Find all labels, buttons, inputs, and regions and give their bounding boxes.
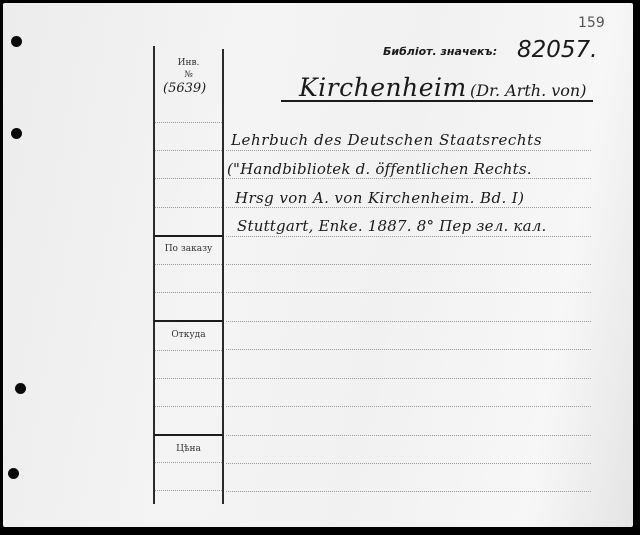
binder-hole — [8, 468, 19, 479]
author-underline — [281, 100, 593, 102]
entry-line-editor: Hrsg von A. von Kirchenheim. Bd. I) — [235, 189, 524, 207]
body-rule — [226, 264, 591, 265]
entry-line-series: ("Handbibliotek d. öffentlichen Rechts. — [227, 160, 532, 178]
sidebar-rule — [155, 378, 222, 379]
body-rule — [226, 236, 591, 237]
entry-line-title: Lehrbuch des Deutschen Staatsrechts — [231, 131, 542, 149]
library-mark-label: Библiот. значекъ: — [383, 45, 497, 58]
binder-hole — [11, 128, 22, 139]
inventory-label: Инв. — [155, 58, 222, 68]
sidebar-divider — [154, 235, 223, 237]
body-rule — [226, 178, 591, 179]
body-rule — [226, 491, 591, 492]
author-name: Kirchenheim — [299, 73, 467, 102]
entry-line-imprint: Stuttgart, Enke. 1887. 8° Пер зел. кал. — [237, 217, 546, 235]
body-rule — [226, 435, 591, 436]
sidebar-rule — [155, 292, 222, 293]
body-rule — [226, 321, 591, 322]
sidebar-rule — [155, 264, 222, 265]
sidebar-rule — [155, 150, 222, 151]
binder-hole — [15, 383, 26, 394]
sidebar-rule — [155, 178, 222, 179]
body-rule — [226, 150, 591, 151]
order-label: По заказу — [155, 244, 222, 254]
sidebar-rule — [155, 350, 222, 351]
source-label: Откуда — [155, 330, 222, 340]
sidebar-divider — [154, 320, 223, 322]
body-rule — [226, 406, 591, 407]
sidebar-divider — [154, 434, 223, 436]
author-detail: (Dr. Arth. von) — [470, 81, 586, 100]
page-number: 159 — [578, 15, 605, 31]
library-mark-value: 82057. — [517, 37, 597, 63]
price-label: Цѣна — [155, 444, 222, 454]
inventory-value: (5639) — [163, 81, 206, 96]
catalog-card: 159 Библiот. значекъ: 82057. Kirchenheim… — [3, 3, 633, 527]
body-rule — [226, 349, 591, 350]
sidebar-rule — [155, 207, 222, 208]
body-rule — [226, 292, 591, 293]
body-rule — [226, 207, 591, 208]
body-rule — [226, 378, 591, 379]
binder-hole — [11, 36, 22, 47]
sidebar-rule — [155, 462, 222, 463]
sidebar-rule — [155, 406, 222, 407]
number-sign: № — [155, 70, 222, 80]
sidebar-rule — [155, 122, 222, 123]
body-rule — [226, 463, 591, 464]
sidebar-rule — [155, 490, 222, 491]
